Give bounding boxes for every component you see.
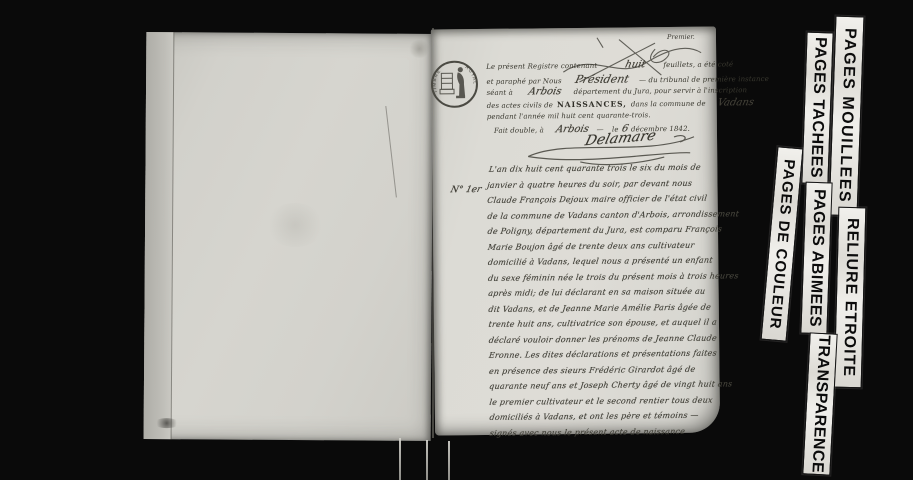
handwritten-fill: Président [574,72,630,86]
act-text-line: trente huit ans, cultivatrice son épouse… [488,318,717,329]
act-number-note: N° 1er [449,185,482,195]
condition-label-pages-abimees: PAGES ABIMEES [800,182,832,335]
ink-smudge [154,418,180,428]
stamp-arc-right-text: ROYAL [464,64,478,85]
handwritten-fill: huit [624,59,647,70]
register-type-caps: NAISSANCES, [557,99,627,109]
printed-text: pendant l'année mil huit cent quarante-t… [487,111,651,121]
act-text-line: en présence des sieurs Frédéric Girardot… [489,365,696,376]
act-text-line: quarante neuf ans et Joseph Cherty âgé d… [489,379,733,391]
printed-header-line-4: des actes civils de NAISSANCES, dans la … [487,97,754,111]
printed-text: — du tribunal de première instance [639,75,769,84]
printed-text: département du Jura, pour servir à l'ins… [574,86,748,96]
act-text-line: domiciliés à Vadans, et ont les père et … [489,411,699,422]
binding-thread [399,438,401,480]
printed-header-line-3: séant à Arbois département du Jura, pour… [486,84,747,98]
royal-timbre-stamp-icon: TIMBRE ROYAL [428,58,481,111]
condition-label-text: PAGES DE COULEUR [766,158,798,330]
printed-text: feuillets, a été coté [663,60,733,69]
svg-text:ROYAL: ROYAL [464,64,478,85]
condition-label-transparence: TRANSPARENCE [802,332,837,475]
act-text-line: signés avec nous le présent acte de nais… [489,427,686,438]
paper-stain [408,40,430,58]
left-page-edge-band [144,32,174,439]
right-page: Premier. [431,27,720,436]
diagonal-crease [385,106,397,198]
act-text-line: déclaré vouloir donner les prénoms de Je… [488,334,717,345]
act-text-line: L'an dix huit cent quarante trois le six… [488,163,701,174]
scanned-register-background: Premier. [0,0,913,480]
act-text-line: dit Vadans, et de Jeanne Marie Amélie Pa… [488,303,712,314]
printed-text: et paraphé par Nous [486,77,561,86]
handwritten-fill: Arbois [528,86,563,97]
act-text-line: de la commune de Vadans canton d'Arbois,… [487,209,740,221]
condition-label-text: PAGES MOUILLEES [834,28,858,204]
paper-stain [265,203,325,247]
act-text-line: après midi; de lui déclarant en sa maiso… [488,287,706,298]
handwritten-fill: Vadans [716,97,755,108]
act-text-line: Eronne. Les dites déclarations et présen… [488,349,717,360]
president-signature: Delamare [524,127,702,167]
condition-label-pages-mouillees: PAGES MOUILLEES [829,16,865,217]
act-text-line: domicilié à Vadans, lequel nous a présen… [487,256,713,267]
binding-thread [448,441,450,480]
act-text-line: Claude François Dejoux maire officier de… [487,194,708,205]
printed-text: séant à [487,89,513,97]
printed-text: dans la commune de [631,100,706,109]
condition-label-pages-de-couleur: PAGES DE COULEUR [761,146,804,342]
condition-label-reliure-etroite: RELIURE ETROITE [834,207,867,389]
printed-text: Le présent Registre contenant [486,62,597,71]
condition-label-text: PAGES ABIMEES [805,189,828,328]
act-text-line: le premier cultivateur et le second rent… [489,396,713,407]
condition-label-pages-tachees: PAGES TACHEES [801,32,833,185]
condition-label-text: RELIURE ETROITE [839,218,861,377]
act-text-line: du sexe féminin née le trois du présent … [488,271,740,283]
act-text-line: janvier à quatre heures du soir, par dev… [487,179,693,190]
act-text-line: Marie Boujon âgé de trente deux ans cult… [487,241,695,252]
left-page [144,32,434,441]
printed-header-line-5: pendant l'année mil huit cent quarante-t… [487,111,651,121]
binding-thread [426,440,428,480]
condition-label-text: TRANSPARENCE [807,335,832,474]
act-text-line: de Poligny, département du Jura, est com… [487,224,723,235]
printed-text: des actes civils de [487,101,553,110]
condition-label-text: PAGES TACHEES [806,37,829,179]
